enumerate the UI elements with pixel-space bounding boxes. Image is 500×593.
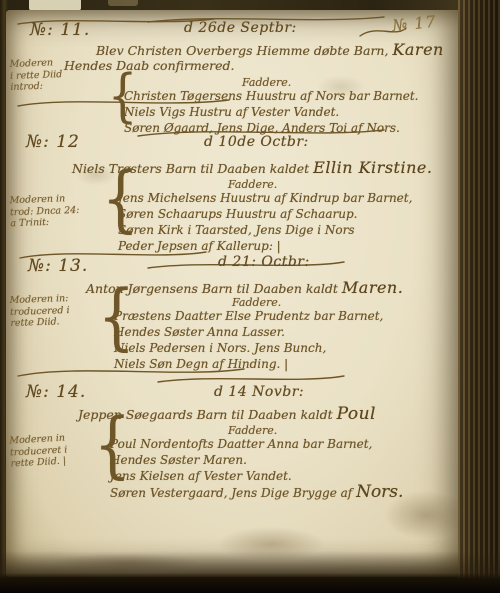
fadder-line: Søren Kirk i Taarsted, Jens Dige i Nors bbox=[118, 222, 412, 238]
fadder-line: Poul Nordentofts Daatter Anna bar Barnet… bbox=[110, 436, 403, 452]
child-name: Karen bbox=[392, 40, 443, 59]
baptism-date: d 26de Septbr: bbox=[184, 20, 297, 36]
fadder-line: Jens Michelsens Huustru af Kindrup bar B… bbox=[118, 190, 412, 206]
child-name: Ellin Kirstine. bbox=[313, 158, 432, 177]
curly-brace: { bbox=[94, 434, 131, 454]
record-heading-line2: Hendes Daab confirmered. bbox=[64, 58, 235, 73]
register-page: № 17 №: 11. d 26de Septbr: Blev Christen… bbox=[6, 10, 470, 577]
entry-number: №: 11. bbox=[30, 20, 90, 40]
margin-note-line: a Trinit: bbox=[10, 216, 80, 230]
baptism-date: d 21: Octbr: bbox=[218, 254, 310, 270]
fadder-line: Præstens Daatter Else Prudentz bar Barne… bbox=[114, 308, 383, 324]
record-heading: Blev Christen Overbergs Hiemme døbte Bar… bbox=[96, 40, 444, 59]
margin-note-line: i rette Diid bbox=[10, 69, 63, 82]
book-bottom-edge bbox=[0, 573, 500, 593]
fadder-list: { Poul Nordentofts Daatter Anna bar Barn… bbox=[110, 436, 403, 501]
paper-tab-small bbox=[108, 0, 138, 6]
curly-brace: { bbox=[102, 188, 139, 208]
margin-note-line: introd: bbox=[10, 80, 63, 93]
baptism-date: d 14 Novbr: bbox=[214, 384, 304, 400]
margin-note-line: rette Diid. | bbox=[10, 455, 68, 469]
register-scan-photo: № 17 №: 11. d 26de Septbr: Blev Christen… bbox=[0, 0, 500, 593]
entry-number: №: 12 bbox=[26, 132, 80, 152]
flourish-line bbox=[16, 96, 231, 108]
margin-note: Moderen in troduceret i rette Diid. | bbox=[9, 433, 68, 470]
fadder-list: { Præstens Daatter Else Prudentz bar Bar… bbox=[114, 308, 383, 372]
margin-note: Moderen in trod: Dnca 24: a Trinit: bbox=[9, 193, 80, 230]
child-name: Maren. bbox=[342, 278, 403, 297]
curly-brace: { bbox=[98, 306, 135, 326]
record-heading-text: Blev Christen Overbergs Hiemme døbte Bar… bbox=[96, 43, 388, 58]
place-name: Nors. bbox=[356, 482, 403, 502]
margin-note: Moderen in: troducered i rette Diid. bbox=[9, 293, 70, 330]
margin-note: Moderen i rette Diid introd: bbox=[9, 57, 62, 93]
entry-number: №: 14. bbox=[26, 382, 86, 402]
fadder-line: Søren Schaarups Huustru af Schaarup. bbox=[118, 206, 412, 222]
margin-note-line: rette Diid. bbox=[10, 316, 70, 330]
flourish-line bbox=[16, 364, 246, 378]
fadder-list: { Jens Michelsens Huustru af Kindrup bar… bbox=[118, 190, 412, 254]
baptism-date: d 10de Octbr: bbox=[204, 134, 309, 150]
fadder-line: Hendes Søster Anna Lasser. bbox=[114, 324, 383, 340]
fadder-line: Niels Pedersen i Nors. Jens Bunch, bbox=[114, 340, 383, 356]
entry-number: №: 13. bbox=[28, 256, 88, 276]
book-spine-edge bbox=[458, 0, 500, 593]
fadder-line: Søren Vestergaard, Jens Dige Brygge af bbox=[110, 486, 352, 500]
fadder-line: Hendes Søster Maren. bbox=[110, 452, 403, 468]
child-name: Poul bbox=[337, 404, 376, 424]
folio-number: № 17 bbox=[391, 12, 437, 36]
